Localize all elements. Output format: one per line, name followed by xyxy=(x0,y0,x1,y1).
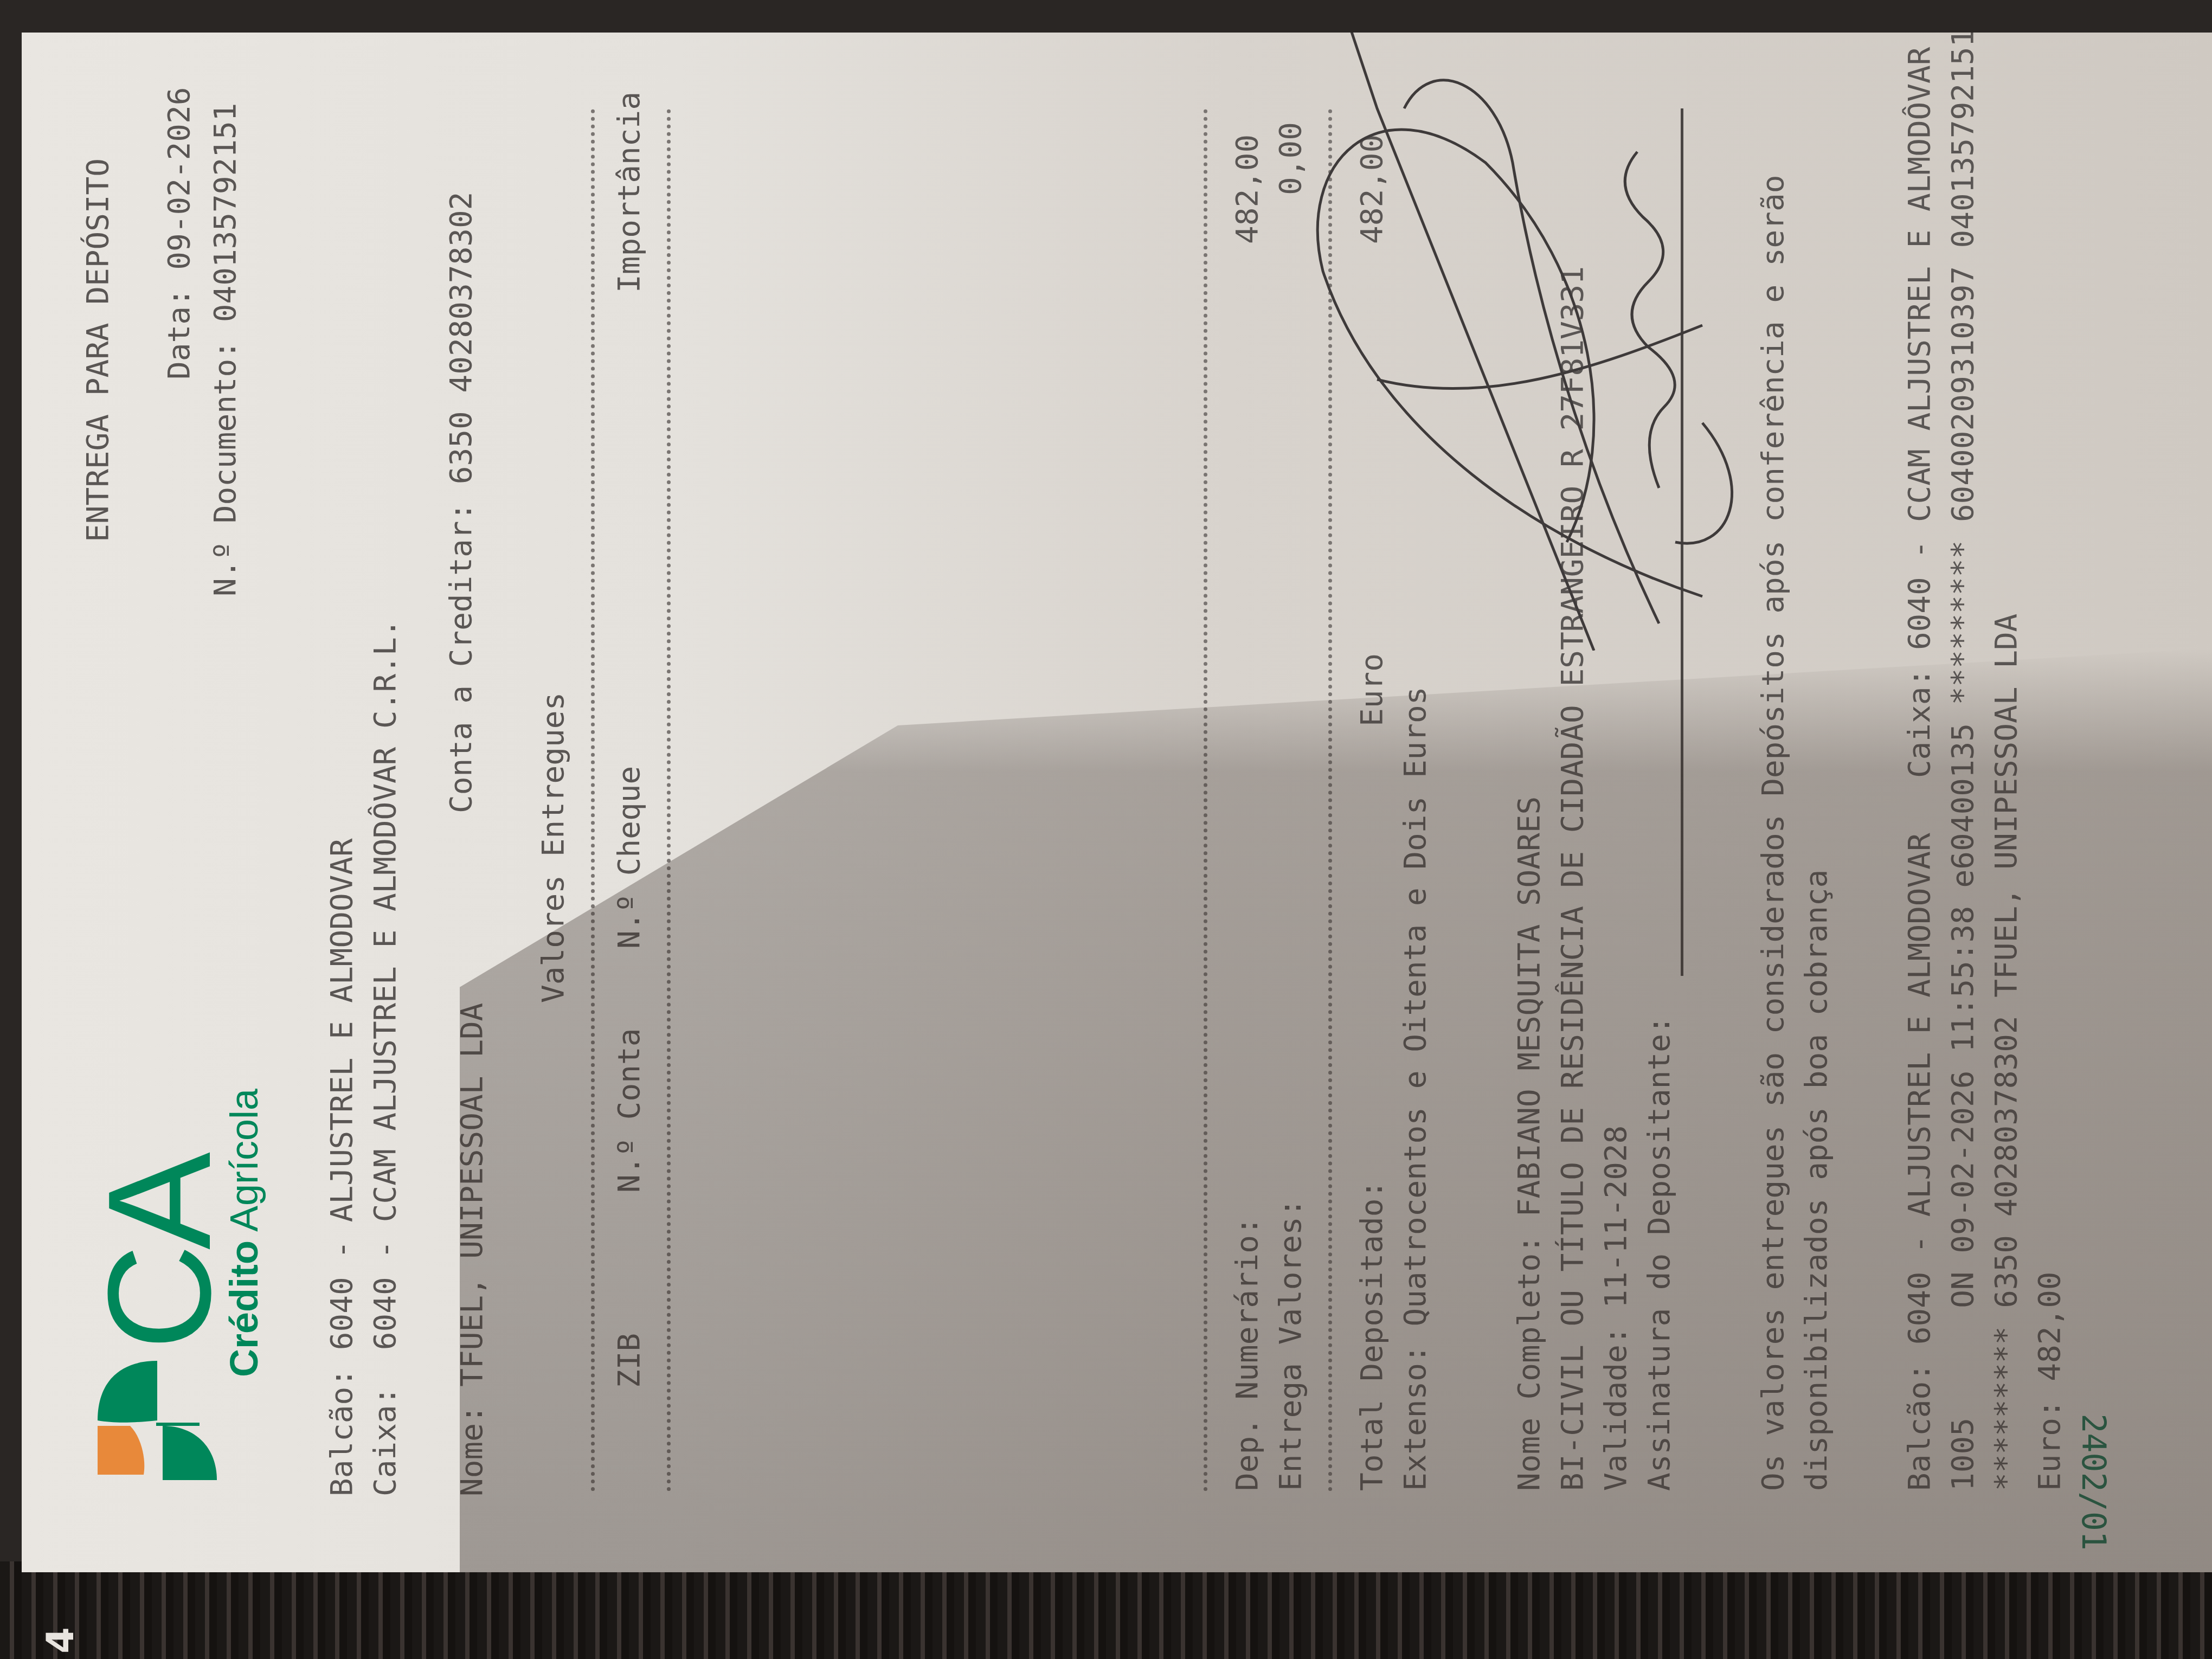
column-header-importancia: Importância xyxy=(607,92,652,293)
balcao-field: Balcão: 6040 - ALJUSTREL E ALMODOVAR xyxy=(320,838,364,1496)
date-field: Data: 09-02-2026 xyxy=(157,87,202,380)
conta-creditar-field: Conta a Creditar: 6350 40280378302 xyxy=(439,192,484,813)
date-value: 09-02-2026 xyxy=(162,87,197,270)
nome-completo-value: FABIANO MESQUITA SOARES xyxy=(1512,796,1547,1217)
handwritten-signature xyxy=(1214,33,1811,651)
notice-line-2: disponibilizados após boa cobrança xyxy=(1795,870,1839,1491)
notice-line-1: Os valores entregues são considerados De… xyxy=(1751,175,1796,1491)
brand-name-regular: Agrícola xyxy=(223,1089,266,1232)
receipt-content: CA Crédito Agrícola ENTREGA PARA DEPÓSIT… xyxy=(22,33,2212,1572)
footer-transaction-line: 1005 ON 09-02-2026 11:55:38 e60400135 **… xyxy=(1941,33,1985,1491)
nome-field: Nome: TFUEL, UNIPESSOAL LDA xyxy=(450,1003,494,1496)
document-number-value: 040135792151 xyxy=(208,103,243,323)
extenso-field: Extenso: Quatrocentos e Oitenta e Dois E… xyxy=(1393,687,1438,1491)
validade-field: Validade: 11-11-2028 xyxy=(1594,1126,1638,1491)
conta-creditar-label: Conta a Creditar: xyxy=(443,503,479,813)
balcao-label: Balcão: xyxy=(324,1368,359,1496)
brand-name-bold: Crédito xyxy=(223,1240,266,1377)
extenso-value: Quatrocentos e Oitenta e Dois Euros xyxy=(1398,687,1433,1327)
validade-value: 11-11-2028 xyxy=(1598,1126,1634,1308)
total-depositado-label: Total Depositado: xyxy=(1350,1180,1394,1491)
nome-completo-field: Nome Completo: FABIANO MESQUITA SOARES xyxy=(1507,796,1552,1491)
logo-letters: CA xyxy=(87,1158,233,1350)
footer-account-line: ********* 6350 40280378302 TFUEL, UNIPES… xyxy=(1984,614,2029,1491)
balcao-value: 6040 - ALJUSTREL E ALMODOVAR xyxy=(324,838,359,1350)
nome-value: TFUEL, UNIPESSOAL LDA xyxy=(454,1003,490,1387)
validade-label: Validade: xyxy=(1598,1327,1634,1491)
brand-name: Crédito Agrícola xyxy=(222,1089,267,1377)
leaf-logo-icon xyxy=(87,1350,228,1491)
extenso-label: Extenso: xyxy=(1398,1345,1433,1491)
entrega-valores-label: Entrega Valores: xyxy=(1269,1199,1313,1491)
background-surface xyxy=(0,1561,2212,1659)
column-header-cheque: N.º Cheque xyxy=(607,766,652,949)
column-header-zib: ZIB xyxy=(607,1333,652,1388)
footer-branch-line: Balcão: 6040 - ALJUSTREL E ALMODOVAR Cai… xyxy=(1898,33,1942,1491)
nome-completo-label: Nome Completo: xyxy=(1512,1235,1547,1491)
column-header-conta: N.º Conta xyxy=(607,1028,652,1193)
document-number-field: N.º Documento: 040135792151 xyxy=(203,103,248,596)
background-text-fragment: 4 xyxy=(38,1627,82,1654)
date-label: Data: xyxy=(162,288,197,380)
table-header-divider xyxy=(667,108,671,1491)
deposit-receipt: CA Crédito Agrícola ENTREGA PARA DEPÓSIT… xyxy=(22,33,2212,1572)
valores-entregues-title: Valores Entregues xyxy=(531,692,576,1003)
currency-label: Euro xyxy=(1350,653,1394,726)
conta-creditar-value: 6350 40280378302 xyxy=(443,192,479,484)
dep-numerario-label: Dep. Numerário: xyxy=(1225,1217,1270,1491)
document-number-label: N.º Documento: xyxy=(208,340,243,596)
table-top-divider xyxy=(591,108,595,1491)
footer-amount-line: Euro: 482,00 xyxy=(2028,1271,2072,1491)
assinatura-label: Assinatura do Depositante: xyxy=(1637,1015,1682,1491)
caixa-label: Caixa: xyxy=(368,1387,403,1496)
credito-agricola-logo: CA Crédito Agrícola xyxy=(87,1057,249,1491)
nome-label: Nome: xyxy=(454,1405,490,1496)
document-title: ENTREGA PARA DEPÓSITO xyxy=(76,158,120,542)
caixa-value: 6040 - CCAM ALJUSTREL E ALMODÔVAR C.R.L. xyxy=(368,619,403,1351)
caixa-field: Caixa: 6040 - CCAM ALJUSTREL E ALMODÔVAR… xyxy=(363,619,408,1496)
totals-top-divider xyxy=(1204,108,1207,1491)
form-code: 2402/01 xyxy=(2071,1413,2115,1551)
